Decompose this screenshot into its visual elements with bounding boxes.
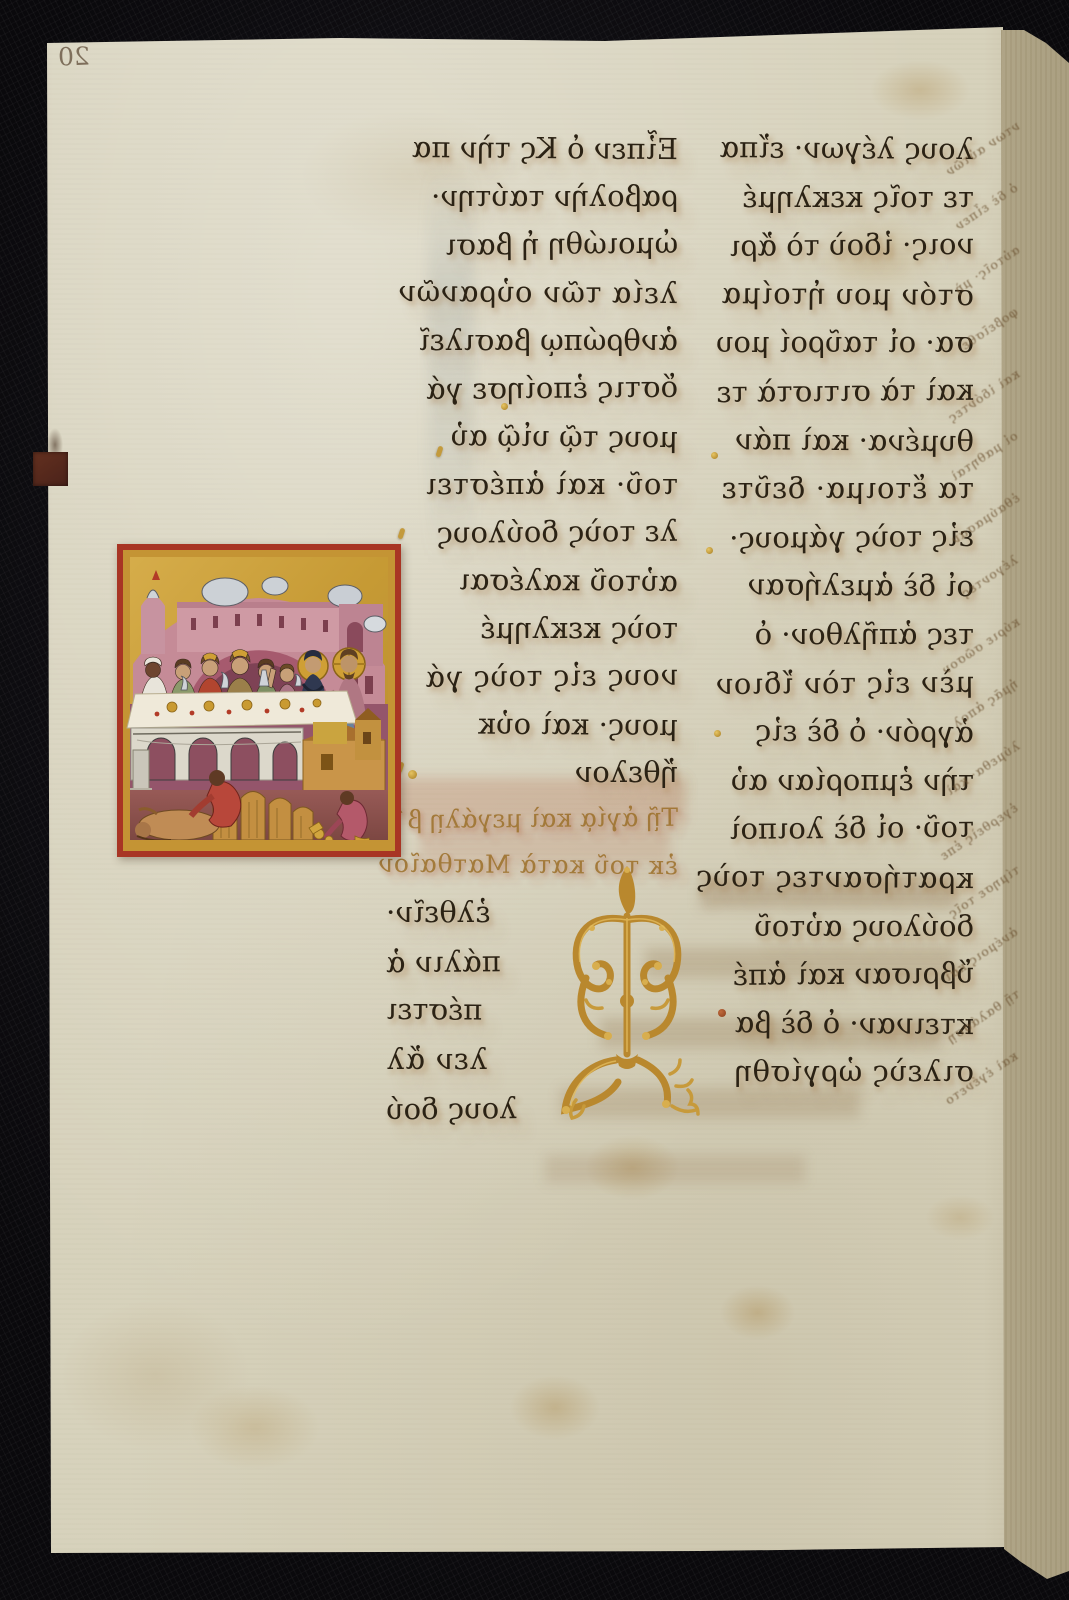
text-line: τα ἕτοιμα· δεῦτε — [696, 464, 974, 513]
text-line: αὐτοῦ καλέσαι — [386, 555, 678, 605]
text-line: μους τῷ υἱῷ αὐ — [386, 411, 678, 461]
ochre-buildings — [303, 708, 385, 802]
text-line: μους· καὶ οὐκ — [386, 699, 678, 749]
text-line: ὅστις ἐποίησε γά — [386, 363, 678, 414]
text-column-right: λους λέγων· εἴπα τε τοῖς κεκλημέ νοις· ἰ… — [696, 124, 974, 1096]
gilded-foliate-tailpiece — [546, 858, 708, 1126]
text-line: ἀνθρώπῳ βασιλεῖ — [386, 316, 678, 364]
text-line: ἀγρόν· ὁ δὲ εἰς — [696, 706, 974, 757]
text-line: τε τοῖς κεκλημέ — [696, 173, 974, 222]
text-line: κτειναν· ὁ δὲ βα — [696, 998, 974, 1049]
text-line: δούλους αὐτοῦ — [696, 902, 974, 951]
leather-tab — [33, 452, 68, 486]
text-line: ὡμοιώθη ἡ βασι — [386, 219, 678, 270]
text-line: τοῦ· οἱ δὲ λοιποὶ — [696, 803, 974, 854]
manuscript-photograph: 20 Εἶπεν ὁ Κς τὴν πα ραβολὴν ταύτην· ὡμο… — [0, 0, 1069, 1600]
text-line: ἤθελον — [386, 748, 678, 796]
text-line: στόν μου ἡτοίμα — [696, 269, 974, 320]
text-line: τοὺς κεκλημέ — [386, 604, 678, 652]
text-line: καὶ τὰ σιτιστὰ τε — [696, 366, 974, 417]
red-dot — [718, 1009, 726, 1017]
text-line: λε τοὺς δούλους — [386, 507, 678, 558]
text-line: νοις· ἰδοὺ τὸ ἄρι — [696, 220, 974, 271]
gold-dot — [706, 547, 713, 554]
text-line: τες ἀπῆλθον· ὁ — [696, 610, 974, 659]
folio-number: 20 — [58, 41, 91, 71]
gold-dot — [714, 730, 721, 737]
gold-dot-cluster — [408, 770, 417, 779]
gold-dot — [711, 452, 718, 459]
miniature-banquet-scene — [117, 544, 401, 857]
text-line: σα· οἱ ταῦροί μου — [696, 318, 974, 367]
text-line: Εἶπεν ὁ Κς τὴν πα — [386, 123, 678, 173]
text-line: τὴν ἐμπορίαν αὐ — [696, 756, 974, 805]
text-line: νους εἰς τοὺς γά — [386, 651, 678, 702]
text-line: λους λέγων· εἴπα — [696, 123, 974, 174]
text-line: ραβολὴν ταύτην· — [386, 172, 678, 220]
text-line: ὕβρισαν καὶ ἀπέ — [696, 949, 974, 1000]
text-line: μὲν εἰς τὸν ἴδιον — [696, 657, 974, 708]
text-line: τοῦ· καὶ ἀπέστει — [386, 460, 678, 508]
text-line: σιλεὺς ὠργίσθη — [696, 1047, 974, 1096]
text-line: λεία τῶν οὐρανῶν — [386, 267, 678, 317]
gold-dot — [501, 403, 508, 410]
rubric-line-gold: Τῇ ἁγίᾳ καὶ μεγάλῃ β΄ — [386, 795, 678, 844]
text-line: θυμένα· καὶ πάν — [696, 414, 974, 465]
text-line: κρατήσαντες τοὺς — [696, 852, 974, 903]
text-line: οἱ δὲ ἀμελήσαν — [696, 560, 974, 611]
text-line: εἰς τοὺς γάμους· — [696, 512, 974, 563]
